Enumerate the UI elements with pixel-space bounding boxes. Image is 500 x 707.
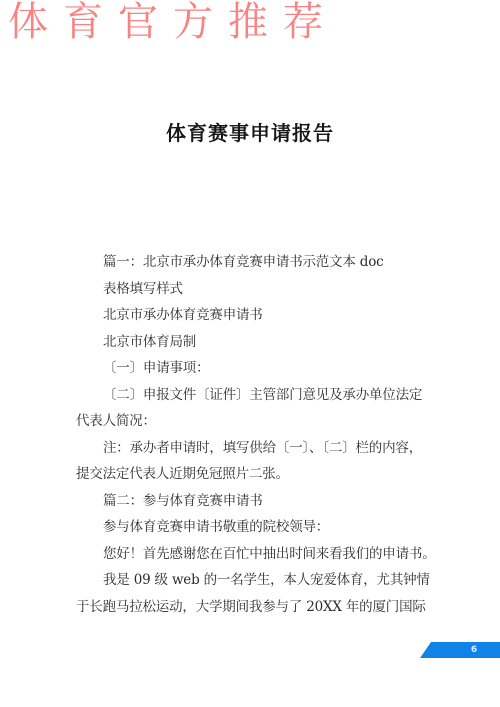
text-line: 代表人简况：: [76, 408, 460, 435]
text-line: 注：承办者申请时，填写供给〔一〕、〔二〕栏的内容，: [76, 435, 460, 462]
text-line: 北京市承办体育竞赛申请书: [76, 302, 460, 329]
text-line: 您好！首先感谢您在百忙中抽出时间来看我们的申请书。: [76, 541, 460, 568]
text-line: 北京市体育局制: [76, 329, 460, 356]
text-line: 我是 09 级 web 的一名学生，本人宠爱体育，尤其钟情: [76, 567, 460, 594]
page-title: 体育赛事申请报告: [0, 118, 500, 148]
promo-banner-text: 体育官方推荐: [8, 0, 338, 44]
text-line: 于长跑马拉松运动，大学期间我参与了 20XX 年的厦门国际: [76, 594, 460, 621]
text-line: 〔二〕申报文件〔证件〕主管部门意见及承办单位法定: [76, 382, 460, 409]
document-body: 篇一：北京市承办体育竞赛申请书示范文本 doc表格填写样式北京市承办体育竞赛申请…: [76, 249, 460, 620]
text-line: 〔一〕申请事项：: [76, 355, 460, 382]
text-line: 表格填写样式: [76, 276, 460, 303]
document-page: 体育官方推荐 体育赛事申请报告 篇一：北京市承办体育竞赛申请书示范文本 doc表…: [0, 0, 500, 707]
text-line: 提交法定代表人近期免冠照片二张。: [76, 461, 460, 488]
page-number-badge: 6: [468, 642, 480, 658]
text-line: 篇二：参与体育竞赛申请书: [76, 488, 460, 515]
text-line: 参与体育竞赛申请书敬重的院校领导：: [76, 514, 460, 541]
text-line: 篇一：北京市承办体育竞赛申请书示范文本 doc: [76, 249, 460, 276]
page-number-banner: 6: [420, 642, 500, 658]
